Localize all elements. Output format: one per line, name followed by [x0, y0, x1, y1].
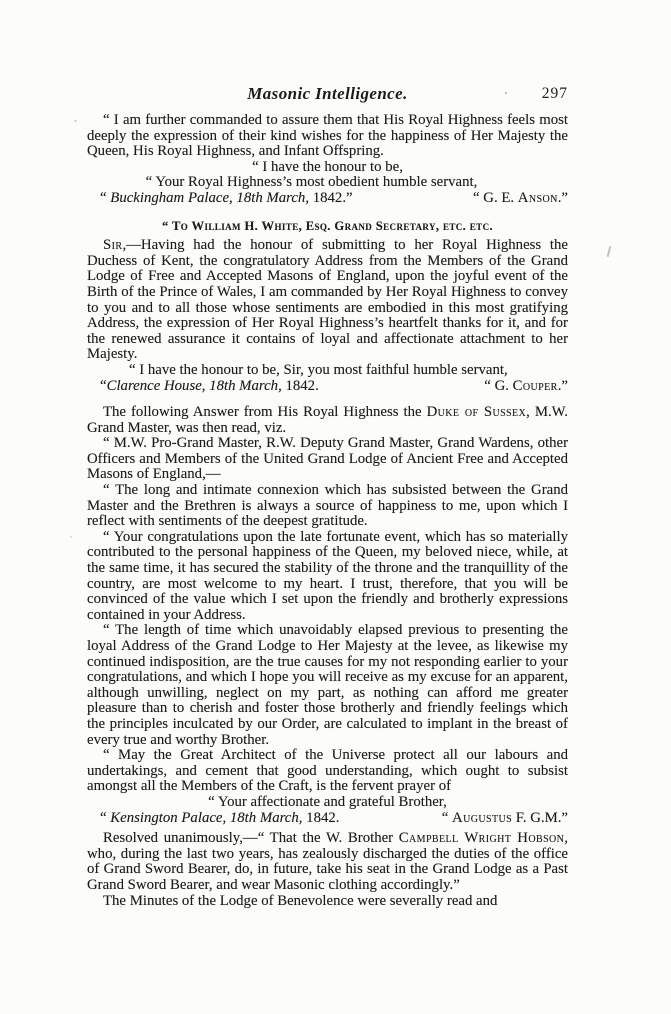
signature-place-date: “ Buckingham Palace, 18th March, 1842.” — [100, 191, 353, 207]
signature-line: “ Kensington Palace, 18th March, 1842.“ … — [87, 811, 568, 827]
text-segment: Kensington Palace, 18th March, — [110, 810, 302, 826]
paragraph: “ The long and intimate connexion which … — [87, 483, 568, 530]
scanned-book-page: Masonic Intelligence. 297 “ I am further… — [0, 0, 671, 1014]
text-segment: “ I am further commanded to assure them … — [87, 112, 568, 159]
text-segment: “ Your congratulations upon the late for… — [87, 529, 568, 623]
text-segment: “ I have the honour to be, Sir, you most… — [129, 362, 508, 378]
text-line: “ I have the honour to be, Sir, you most… — [87, 363, 568, 379]
paragraph: Resolved unanimously,—“ That the W. Brot… — [87, 831, 568, 893]
signature-place-date: “ Kensington Palace, 18th March, 1842. — [100, 811, 339, 827]
text-segment: 1842.” — [309, 190, 353, 206]
paragraph: “ I am further commanded to assure them … — [87, 113, 568, 160]
paragraph: The following Answer from His Royal High… — [87, 405, 568, 436]
scan-speck — [607, 246, 612, 257]
text-segment: “ The long and intimate connexion which … — [87, 482, 568, 529]
paragraph: The Minutes of the Lodge of Benevolence … — [87, 894, 568, 910]
signature-line: “ Buckingham Palace, 18th March, 1842.”“… — [87, 191, 568, 207]
text-segment: “ M.W. Pro-Grand Master, R.W. Deputy Gra… — [87, 435, 568, 482]
paragraph: “ Your congratulations upon the late for… — [87, 530, 568, 624]
text-segment: “ — [442, 810, 452, 826]
text-segment: Duke of Sussex — [427, 404, 527, 420]
text-segment: F. G.M.” — [512, 810, 568, 826]
text-segment: 1842. — [282, 378, 319, 394]
text-segment: Sir — [103, 237, 122, 253]
signature-name: “ G. Couper.” — [484, 379, 568, 395]
text-segment: “ I have the honour to be, — [252, 159, 403, 175]
paragraph: “ M.W. Pro-Grand Master, R.W. Deputy Gra… — [87, 436, 568, 483]
text-segment: Buckingham Palace, 18th March, — [110, 190, 309, 206]
page-number: 297 — [542, 85, 568, 103]
text-segment: Campbell Wright Hobson — [399, 830, 565, 846]
text-segment: .” — [558, 378, 568, 394]
text-segment: “ The length of time which unavoidably e… — [87, 622, 568, 747]
paragraph: “ May the Great Architect of the Univers… — [87, 748, 568, 795]
centered-line: “ I have the honour to be, — [87, 160, 568, 176]
signature-name: “ Augustus F. G.M.” — [442, 811, 568, 827]
running-head: Masonic Intelligence. 297 — [87, 84, 568, 106]
paragraph: Sir,—Having had the honour of submitting… — [87, 238, 568, 363]
centered-line: “ Your affectionate and grateful Brother… — [87, 795, 568, 811]
text-segment: “ — [100, 378, 107, 394]
page-title: Masonic Intelligence. — [87, 84, 568, 104]
text-segment: Couper — [513, 378, 558, 394]
text-segment: “ — [100, 810, 110, 826]
text-segment: “ Your Royal Highness’s most obedient hu… — [146, 174, 478, 190]
text-segment: Anson — [518, 190, 558, 206]
text-segment: .” — [558, 190, 568, 206]
signature-line: “Clarence House, 18th March, 1842.“ G. C… — [87, 379, 568, 395]
text-segment: “ — [100, 190, 110, 206]
text-segment: “ G. E. — [473, 190, 518, 206]
text-segment: “ May the Great Architect of the Univers… — [87, 747, 568, 794]
text-segment: “ Your affectionate and grateful Brother… — [208, 794, 447, 810]
text-segment: Clarence House, 18th March, — [107, 378, 282, 394]
text-segment: Augustus — [452, 810, 512, 826]
text-segment: The following Answer from His Royal High… — [103, 404, 427, 420]
paragraph: “ The length of time which unavoidably e… — [87, 623, 568, 748]
text-segment: 1842. — [302, 810, 339, 826]
text-segment: The Minutes of the Lodge of Benevolence … — [103, 893, 497, 909]
section-heading: “ To William H. White, Esq. Grand Secret… — [87, 219, 568, 235]
page-content: Masonic Intelligence. 297 “ I am further… — [87, 84, 568, 909]
scan-speck — [70, 536, 72, 538]
text-segment: “ To William H. White, Esq. Grand Secret… — [162, 219, 493, 233]
page-body: “ I am further commanded to assure them … — [87, 113, 568, 909]
text-segment: Resolved unanimously,—“ That the W. Brot… — [103, 830, 399, 846]
centered-line: “ Your Royal Highness’s most obedient hu… — [71, 175, 552, 191]
text-segment: ,—Having had the honour of submitting to… — [87, 237, 568, 362]
scan-speck — [74, 120, 77, 122]
signature-name: “ G. E. Anson.” — [473, 191, 568, 207]
signature-place-date: “Clarence House, 18th March, 1842. — [100, 379, 319, 395]
text-segment: “ G. — [484, 378, 512, 394]
